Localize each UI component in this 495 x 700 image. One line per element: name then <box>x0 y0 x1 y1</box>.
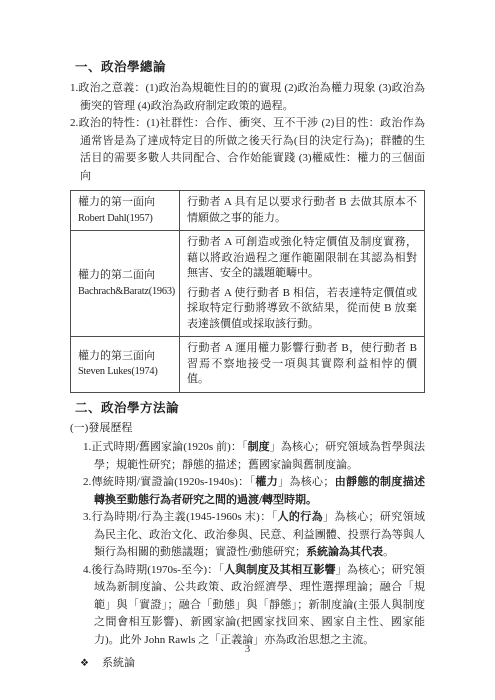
dimension-scholar: Robert Dahl(1957) <box>78 211 172 227</box>
table-row-third-dimension: 權力的第三面向 Steven Lukes(1974) 行動者 A 運用權力影響行… <box>71 337 425 393</box>
paragraph-characteristics-of-politics: 2.政治的特性：(1)社群性：合作、衝突、互不干涉 (2)目的性：政治作為通常皆… <box>70 115 425 185</box>
list-item-behavioral-period: 3.行為時期/行為主義(1945-1960s 末)：「人的行為」為核心；研究領域… <box>83 509 425 562</box>
power-dimension-cell: 權力的第三面向 Steven Lukes(1974) <box>71 337 180 393</box>
subsection-heading-development-history: (一)發展歷程 <box>70 420 425 438</box>
list-item-traditional-period: 2.傳統時期/實證論(1920s-1940s)：「權力」為核心；由靜態的制度描述… <box>83 474 425 509</box>
power-description-cell: 行動者 A 可創造或強化特定價值及制度實務，藉以將政治過程之運作範圍限制在其認為… <box>180 231 425 337</box>
development-periods-list: 1.正式時期/舊國家論(1920s 前)：「制度」為核心；研究領域為哲學與法學；… <box>70 439 425 649</box>
description-text: 行動者 A 可創造或強化特定價值及制度實務，藉以將政治過程之運作範圍限制在其認為… <box>187 235 417 282</box>
dimension-scholar: Bachrach&Baratz(1963) <box>78 284 172 300</box>
description-text: 行動者 A 使行動者 B 相信，若表達特定價值或採取特定行動將導致不欲結果，從而… <box>187 286 417 333</box>
description-text: 行動者 A 具有足以要求行動者 B 去做其原本不情願做之事的能力。 <box>187 195 417 226</box>
section-heading-general-politics: 一、政治學總論 <box>75 58 425 76</box>
paragraph-meaning-of-politics: 1.政治之意義：(1)政治為規範性目的的實現 (2)政治為權力現象 (3)政治為… <box>70 80 425 115</box>
power-dimension-cell: 權力的第一面向 Robert Dahl(1957) <box>71 191 180 231</box>
power-description-cell: 行動者 A 運用權力影響行動者 B，使行動者 B 習焉不察地接受一項與其實際利益… <box>180 337 425 393</box>
dimension-title: 權力的第一面向 <box>78 195 172 211</box>
list-item-formal-period: 1.正式時期/舊國家論(1920s 前)：「制度」為核心；研究領域為哲學與法學；… <box>83 439 425 474</box>
power-dimensions-table: 權力的第一面向 Robert Dahl(1957) 行動者 A 具有足以要求行動… <box>70 190 425 393</box>
list-item-post-behavioral-period: 4.後行為時期(1970s-至今)：「人與制度及其相互影響」為核心；研究領域為新… <box>83 562 425 650</box>
table-row-first-dimension: 權力的第一面向 Robert Dahl(1957) 行動者 A 具有足以要求行動… <box>71 191 425 231</box>
power-dimension-cell: 權力的第二面向 Bachrach&Baratz(1963) <box>71 231 180 337</box>
dimension-title: 權力的第二面向 <box>78 268 172 284</box>
document-page: 一、政治學總論 1.政治之意義：(1)政治為規範性目的的實現 (2)政治為權力現… <box>0 0 495 700</box>
section-heading-methodology: 二、政治學方法論 <box>75 399 425 417</box>
page-number: 3 <box>0 641 495 659</box>
table-row-second-dimension: 權力的第二面向 Bachrach&Baratz(1963) 行動者 A 可創造或… <box>71 231 425 337</box>
dimension-scholar: Steven Lukes(1974) <box>78 364 172 380</box>
dimension-title: 權力的第三面向 <box>78 349 172 365</box>
description-text: 行動者 A 運用權力影響行動者 B，使行動者 B 習焉不察地接受一項與其實際利益… <box>187 341 417 388</box>
power-description-cell: 行動者 A 具有足以要求行動者 B 去做其原本不情願做之事的能力。 <box>180 191 425 231</box>
